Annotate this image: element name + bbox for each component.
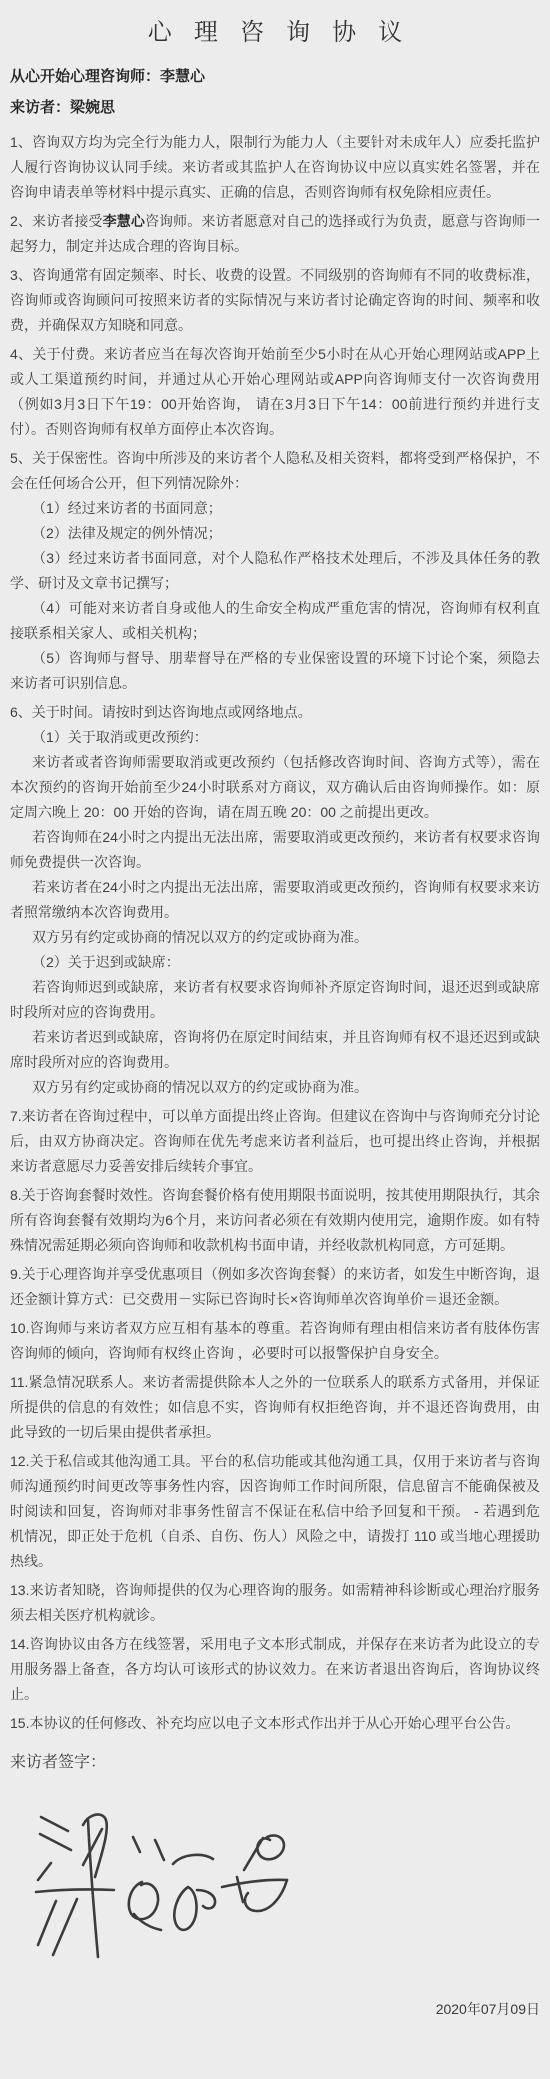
paragraph-text: 12.关于私信或其他沟通工具。平台的私信功能或其他沟通工具，仅用于来访者与咨询师… xyxy=(10,1453,540,1569)
paragraph: 10.咨询师与来访者双方应互相有基本的尊重。若咨询师有理由相信来访者有肢体伤害咨… xyxy=(10,1316,540,1366)
paragraph-text: （2）法律及规定的例外情况； xyxy=(32,525,222,541)
paragraph-text: （1）关于取消或更改预约： xyxy=(32,729,208,745)
signature-scribble xyxy=(30,1802,290,1977)
paragraph-text: 双方另有约定或协商的情况以双方的约定或协商为准。 xyxy=(32,929,368,945)
counselor-line: 从心开始心理咨询师：李慧心 xyxy=(10,66,540,87)
paragraph-text: （2）关于迟到或缺席： xyxy=(32,954,180,970)
paragraph: 若咨询师迟到或缺席，来访者有权要求咨询师补齐原定咨询时间，退还迟到或缺席时段所对… xyxy=(10,975,540,1025)
paragraph: 若来访者迟到或缺席，咨询将仍在原定时间结束，并且咨询师有权不退还迟到或缺席时段所… xyxy=(10,1025,540,1075)
paragraph: （1）经过来访者的书面同意； xyxy=(10,496,540,521)
paragraph-text: 来访者或者咨询师需要取消或更改预约（包括修改咨询时间、咨询方式等），需在本次预约… xyxy=(10,754,540,820)
paragraph-text: 3、咨询通常有固定频率、时长、收费的设置。不同级别的咨询师有不同的收费标准，咨询… xyxy=(10,267,540,333)
signature-date: 2020年07月09日 xyxy=(10,1999,540,2019)
paragraph-text: 5、关于保密性。咨询中所涉及的来访者个人隐私及相关资料，都将受到严格保护，不会在… xyxy=(10,450,540,491)
paragraph-text: （5）咨询师与督导、朋辈督导在严格的专业保密设置的环境下讨论个案，须隐去来访者可… xyxy=(10,650,540,691)
agreement-paragraphs: 1、咨询双方均为完全行为能力人，限制行为能力人（主要针对未成年人）应委托监护人履… xyxy=(10,130,540,1736)
paragraph: 双方另有约定或协商的情况以双方的约定或协商为准。 xyxy=(10,925,540,950)
paragraph-text: （4）可能对来访者自身或他人的生命安全构成严重危害的情况，咨询师有权利直接联系相… xyxy=(10,600,540,641)
paragraph: 9.关于心理咨询并享受优惠项目（例如多次咨询套餐）的来访者，如发生中断咨询，退还… xyxy=(10,1262,540,1312)
paragraph-text: 1、咨询双方均为完全行为能力人，限制行为能力人（主要针对未成年人）应委托监护人履… xyxy=(10,134,540,200)
visitor-line: 来访者：梁婉思 xyxy=(10,97,540,118)
paragraph: 15.本协议的任何修改、补充均应以电子文本形式作出并于从心开始心理平台公告。 xyxy=(10,1711,540,1736)
paragraph-text: 9.关于心理咨询并享受优惠项目（例如多次咨询套餐）的来访者，如发生中断咨询，退还… xyxy=(10,1266,540,1307)
paragraph: 双方另有约定或协商的情况以双方的约定或协商为准。 xyxy=(10,1075,540,1100)
paragraph: 5、关于保密性。咨询中所涉及的来访者个人隐私及相关资料，都将受到严格保护，不会在… xyxy=(10,446,540,496)
paragraph-text: 13.来访者知晓，咨询师提供的仅为心理咨询的服务。如需精神科诊断或心理治疗服务须… xyxy=(10,1582,540,1623)
paragraph: （2）关于迟到或缺席： xyxy=(10,950,540,975)
paragraph: 3、咨询通常有固定频率、时长、收费的设置。不同级别的咨询师有不同的收费标准，咨询… xyxy=(10,263,540,338)
paragraph-text: 11.紧急情况联系人。来访者需提供除本人之外的一位联系人的联系方式备用，并保证所… xyxy=(10,1374,540,1440)
paragraph: 8.关于咨询套餐时效性。咨询套餐价格有使用期限书面说明，按其使用期限执行，其余所… xyxy=(10,1183,540,1258)
paragraph: 14.咨询协议由各方在线签署，采用电子文本形式制成，并保存在来访者为此设立的专用… xyxy=(10,1632,540,1707)
signature-area xyxy=(30,1802,290,1977)
paragraph: 4、关于付费。来访者应当在每次咨询开始前至少5小时在从心开始心理网站或APP上或… xyxy=(10,342,540,442)
paragraph: （3）经过来访者书面同意，对个人隐私作严格技术处理后，不涉及具体任务的教学、研讨… xyxy=(10,546,540,596)
paragraph-text: 若来访者在24小时之内提出无法出席，需要取消或更改预约，咨询师有权要求来访者照常… xyxy=(10,879,540,920)
paragraph: 2、来访者接受李慧心咨询师。来访者愿意对自己的选择或行为负责，愿意与咨询师一起努… xyxy=(10,209,540,259)
paragraph-text: 2、来访者接受 xyxy=(10,213,103,229)
paragraph-text: 双方另有约定或协商的情况以双方的约定或协商为准。 xyxy=(32,1079,368,1095)
paragraph: 7.来访者在咨询过程中，可以单方面提出终止咨询。但建议在咨询中与咨询师充分讨论后… xyxy=(10,1104,540,1179)
paragraph-text: 6、关于时间。请按时到达咨询地点或网络地点。 xyxy=(10,704,312,720)
paragraph-text: 4、关于付费。来访者应当在每次咨询开始前至少5小时在从心开始心理网站或APP上或… xyxy=(10,346,540,437)
paragraph: （2）法律及规定的例外情况； xyxy=(10,521,540,546)
paragraph-text: 若来访者迟到或缺席，咨询将仍在原定时间结束，并且咨询师有权不退还迟到或缺席时段所… xyxy=(10,1029,540,1070)
paragraph-text: 10.咨询师与来访者双方应互相有基本的尊重。若咨询师有理由相信来访者有肢体伤害咨… xyxy=(10,1320,540,1361)
counselor-name-bold: 李慧心 xyxy=(103,213,145,229)
paragraph: 若来访者在24小时之内提出无法出席，需要取消或更改预约，咨询师有权要求来访者照常… xyxy=(10,875,540,925)
paragraph: 6、关于时间。请按时到达咨询地点或网络地点。 xyxy=(10,700,540,725)
page-title: 心理咨询协议 xyxy=(10,12,540,47)
paragraph: 若咨询师在24小时之内提出无法出席，需要取消或更改预约，来访者有权要求咨询师免费… xyxy=(10,825,540,875)
paragraph: 12.关于私信或其他沟通工具。平台的私信功能或其他沟通工具，仅用于来访者与咨询师… xyxy=(10,1449,540,1574)
signature-label: 来访者签字： xyxy=(10,1750,540,1775)
paragraph-text: 若咨询师在24小时之内提出无法出席，需要取消或更改预约，来访者有权要求咨询师免费… xyxy=(10,829,540,870)
paragraph: 1、咨询双方均为完全行为能力人，限制行为能力人（主要针对未成年人）应委托监护人履… xyxy=(10,130,540,205)
paragraph: （4）可能对来访者自身或他人的生命安全构成严重危害的情况，咨询师有权利直接联系相… xyxy=(10,596,540,646)
paragraph-text: 7.来访者在咨询过程中，可以单方面提出终止咨询。但建议在咨询中与咨询师充分讨论后… xyxy=(10,1108,540,1174)
paragraph-text: 15.本协议的任何修改、补充均应以电子文本形式作出并于从心开始心理平台公告。 xyxy=(10,1715,519,1731)
paragraph-text: （3）经过来访者书面同意，对个人隐私作严格技术处理后，不涉及具体任务的教学、研讨… xyxy=(10,550,540,591)
paragraph-text: 若咨询师迟到或缺席，来访者有权要求咨询师补齐原定咨询时间，退还迟到或缺席时段所对… xyxy=(10,979,540,1020)
paragraph: 11.紧急情况联系人。来访者需提供除本人之外的一位联系人的联系方式备用，并保证所… xyxy=(10,1370,540,1445)
paragraph-text: 14.咨询协议由各方在线签署，采用电子文本形式制成，并保存在来访者为此设立的专用… xyxy=(10,1636,540,1702)
paragraph: （1）关于取消或更改预约： xyxy=(10,725,540,750)
paragraph: 13.来访者知晓，咨询师提供的仅为心理咨询的服务。如需精神科诊断或心理治疗服务须… xyxy=(10,1578,540,1628)
paragraph-text: （1）经过来访者的书面同意； xyxy=(32,500,222,516)
agreement-page: 心理咨询协议 从心开始心理咨询师：李慧心 来访者：梁婉思 1、咨询双方均为完全行… xyxy=(0,0,550,2079)
paragraph: 来访者或者咨询师需要取消或更改预约（包括修改咨询时间、咨询方式等），需在本次预约… xyxy=(10,750,540,825)
paragraph: （5）咨询师与督导、朋辈督导在严格的专业保密设置的环境下讨论个案，须隐去来访者可… xyxy=(10,646,540,696)
paragraph-text: 8.关于咨询套餐时效性。咨询套餐价格有使用期限书面说明，按其使用期限执行，其余所… xyxy=(10,1187,540,1253)
